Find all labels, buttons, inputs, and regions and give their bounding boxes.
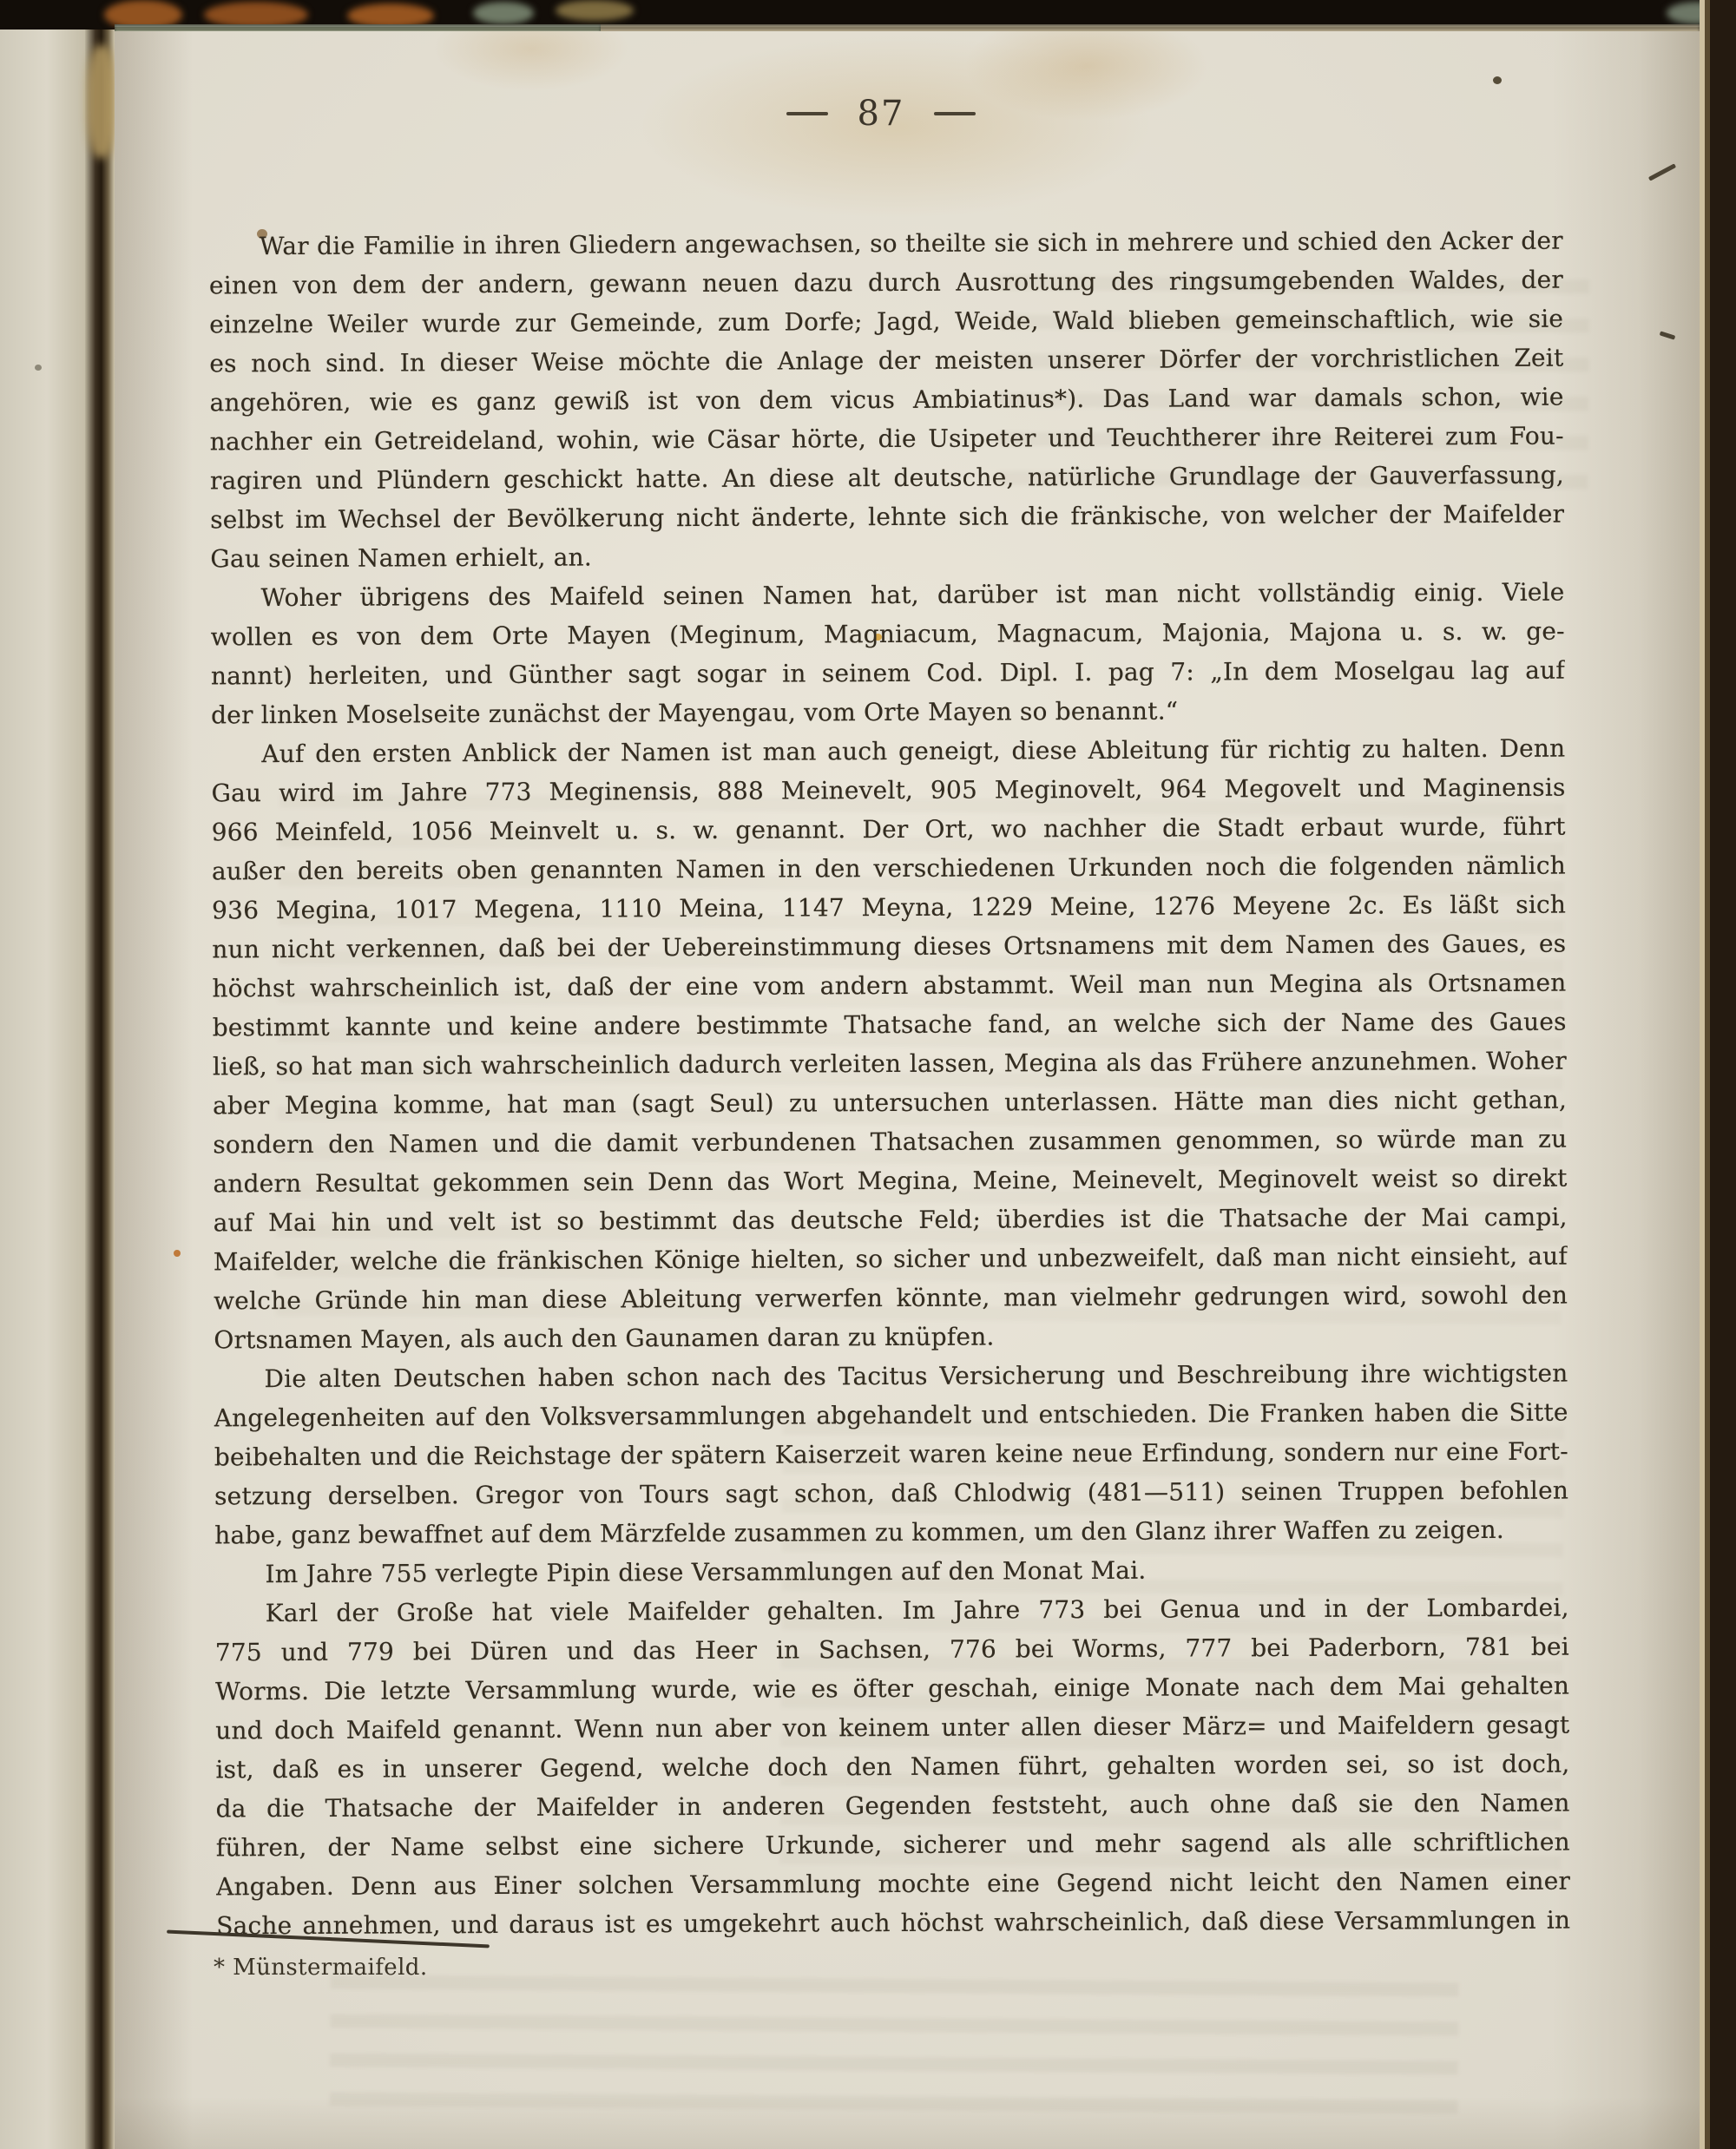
- rust-stain: [556, 0, 634, 21]
- text-line: sondern den Namen und die damit verbunde…: [213, 1120, 1567, 1165]
- text-line: Maifelder, welche die fränkischen Könige…: [214, 1237, 1568, 1282]
- text-line: Im Jahre 755 verlegte Pipin diese Versam…: [214, 1549, 1568, 1594]
- page-number-value: 87: [858, 94, 905, 134]
- text-line: nannt) herleiten, und Günther sagt sogar…: [211, 651, 1565, 696]
- text-line: ist, daß es in unserer Gegend, welche do…: [215, 1745, 1569, 1790]
- text-line: einzelne Weiler wurde zur Gemeinde, zum …: [209, 299, 1563, 345]
- text-line: Angelegenheiten auf den Volksversammlung…: [214, 1393, 1568, 1438]
- text-line: angehören, wie es ganz gewiß ist von dem…: [209, 378, 1563, 423]
- text-line: Sache annehmen, und daraus ist es umgeke…: [216, 1901, 1570, 1946]
- gutter-discoloration: [87, 45, 116, 158]
- text-line: 936 Megina, 1017 Megena, 1110 Meina, 114…: [212, 885, 1566, 930]
- text-line: außer den bereits oben genannten Namen i…: [212, 846, 1566, 891]
- text-line: Angaben. Denn aus Einer solchen Versamml…: [216, 1862, 1570, 1907]
- page-text: War die Familie in ihren Gliedern angewa…: [209, 221, 1571, 1946]
- text-line: der linken Moselseite zunächst der Mayen…: [211, 690, 1565, 735]
- text-line: aber Megina komme, hat man (sagt Seul) z…: [213, 1081, 1567, 1126]
- text-line: einen von dem der andern, gewann neuen d…: [209, 260, 1563, 306]
- text-line: auf Mai hin und velt ist so bestimmt das…: [214, 1198, 1568, 1243]
- text-line: nun nicht verkennen, daß bei der Ueberei…: [212, 924, 1566, 969]
- page-number: 87: [786, 94, 976, 134]
- facing-page-edge: [0, 30, 85, 2149]
- text-line: welche Gründe hin man diese Ableitung ve…: [214, 1276, 1568, 1321]
- text-line: nachher ein Getreideland, wohin, wie Cäs…: [210, 417, 1564, 462]
- text-line: Gau wird im Jahre 773 Meginensis, 888 Me…: [211, 768, 1565, 813]
- footnote: * Münstermaifeld.: [214, 1955, 428, 1981]
- text-line: habe, ganz bewaffnet auf dem Märzfelde z…: [214, 1510, 1568, 1555]
- text-line: War die Familie in ihren Gliedern angewa…: [209, 221, 1563, 266]
- text-line: und doch Maifeld genannt. Wenn nun aber …: [215, 1705, 1569, 1751]
- page-number-dash: [786, 112, 828, 115]
- text-line: ließ, so hat man sich wahrscheinlich dad…: [213, 1042, 1567, 1087]
- footnote-marker: *: [214, 1955, 225, 1981]
- book-gutter: [85, 30, 115, 2149]
- text-line: Gau seinen Namen erhielt, an.: [210, 534, 1564, 579]
- text-line: selbst im Wechsel der Bevölkerung nicht …: [210, 495, 1564, 540]
- text-line: bestimmt kannte und keine andere bestimm…: [213, 1002, 1567, 1048]
- text-line: Woher übrigens des Maifeld seinen Namen …: [210, 573, 1564, 618]
- text-line: da die Thatsache der Maifelder in andere…: [216, 1784, 1570, 1829]
- page-edges-right: [1700, 0, 1736, 2149]
- text-line: Ortsnamen Mayen, als auch den Gaunamen d…: [214, 1315, 1568, 1360]
- text-line: Worms. Die letzte Versammlung wurde, wie…: [215, 1666, 1569, 1712]
- text-line: wollen es von dem Orte Mayen (Meginum, M…: [211, 612, 1565, 657]
- text-line: Karl der Große hat viele Maifelder gehal…: [215, 1588, 1569, 1633]
- text-line: Die alten Deutschen haben schon nach des…: [214, 1354, 1568, 1399]
- text-line: es noch sind. In dieser Weise möchte die…: [209, 338, 1563, 384]
- text-line: andern Resultat gekommen sein Denn das W…: [213, 1159, 1567, 1204]
- text-line: 775 und 779 bei Düren und das Heer in Sa…: [215, 1627, 1569, 1673]
- text-line: führen, der Name selbst eine sichere Urk…: [216, 1823, 1570, 1868]
- text-line: ragiren und Plündern geschickt hatte. An…: [210, 456, 1564, 501]
- text-line: 966 Meinfeld, 1056 Meinvelt u. s. w. gen…: [212, 807, 1566, 852]
- text-line: höchst wahrscheinlich ist, daß der eine …: [212, 963, 1566, 1009]
- rust-stain: [473, 2, 534, 24]
- text-line: beibehalten und die Reichstage der späte…: [214, 1432, 1568, 1477]
- scanned-book-page-photo: 87 War die Familie in ihren Gliedern ang…: [0, 0, 1736, 2149]
- paper-speck: [174, 1250, 181, 1257]
- text-line: Auf den ersten Anblick der Namen ist man…: [211, 729, 1565, 774]
- text-line: setzung derselben. Gregor von Tours sagt…: [214, 1471, 1568, 1516]
- page-number-dash: [934, 112, 976, 115]
- verso-bleedthrough: [329, 1975, 1458, 2130]
- paper-speck: [1493, 76, 1502, 84]
- paper-speck: [35, 365, 42, 371]
- footnote-text: Münstermaifeld.: [233, 1955, 427, 1981]
